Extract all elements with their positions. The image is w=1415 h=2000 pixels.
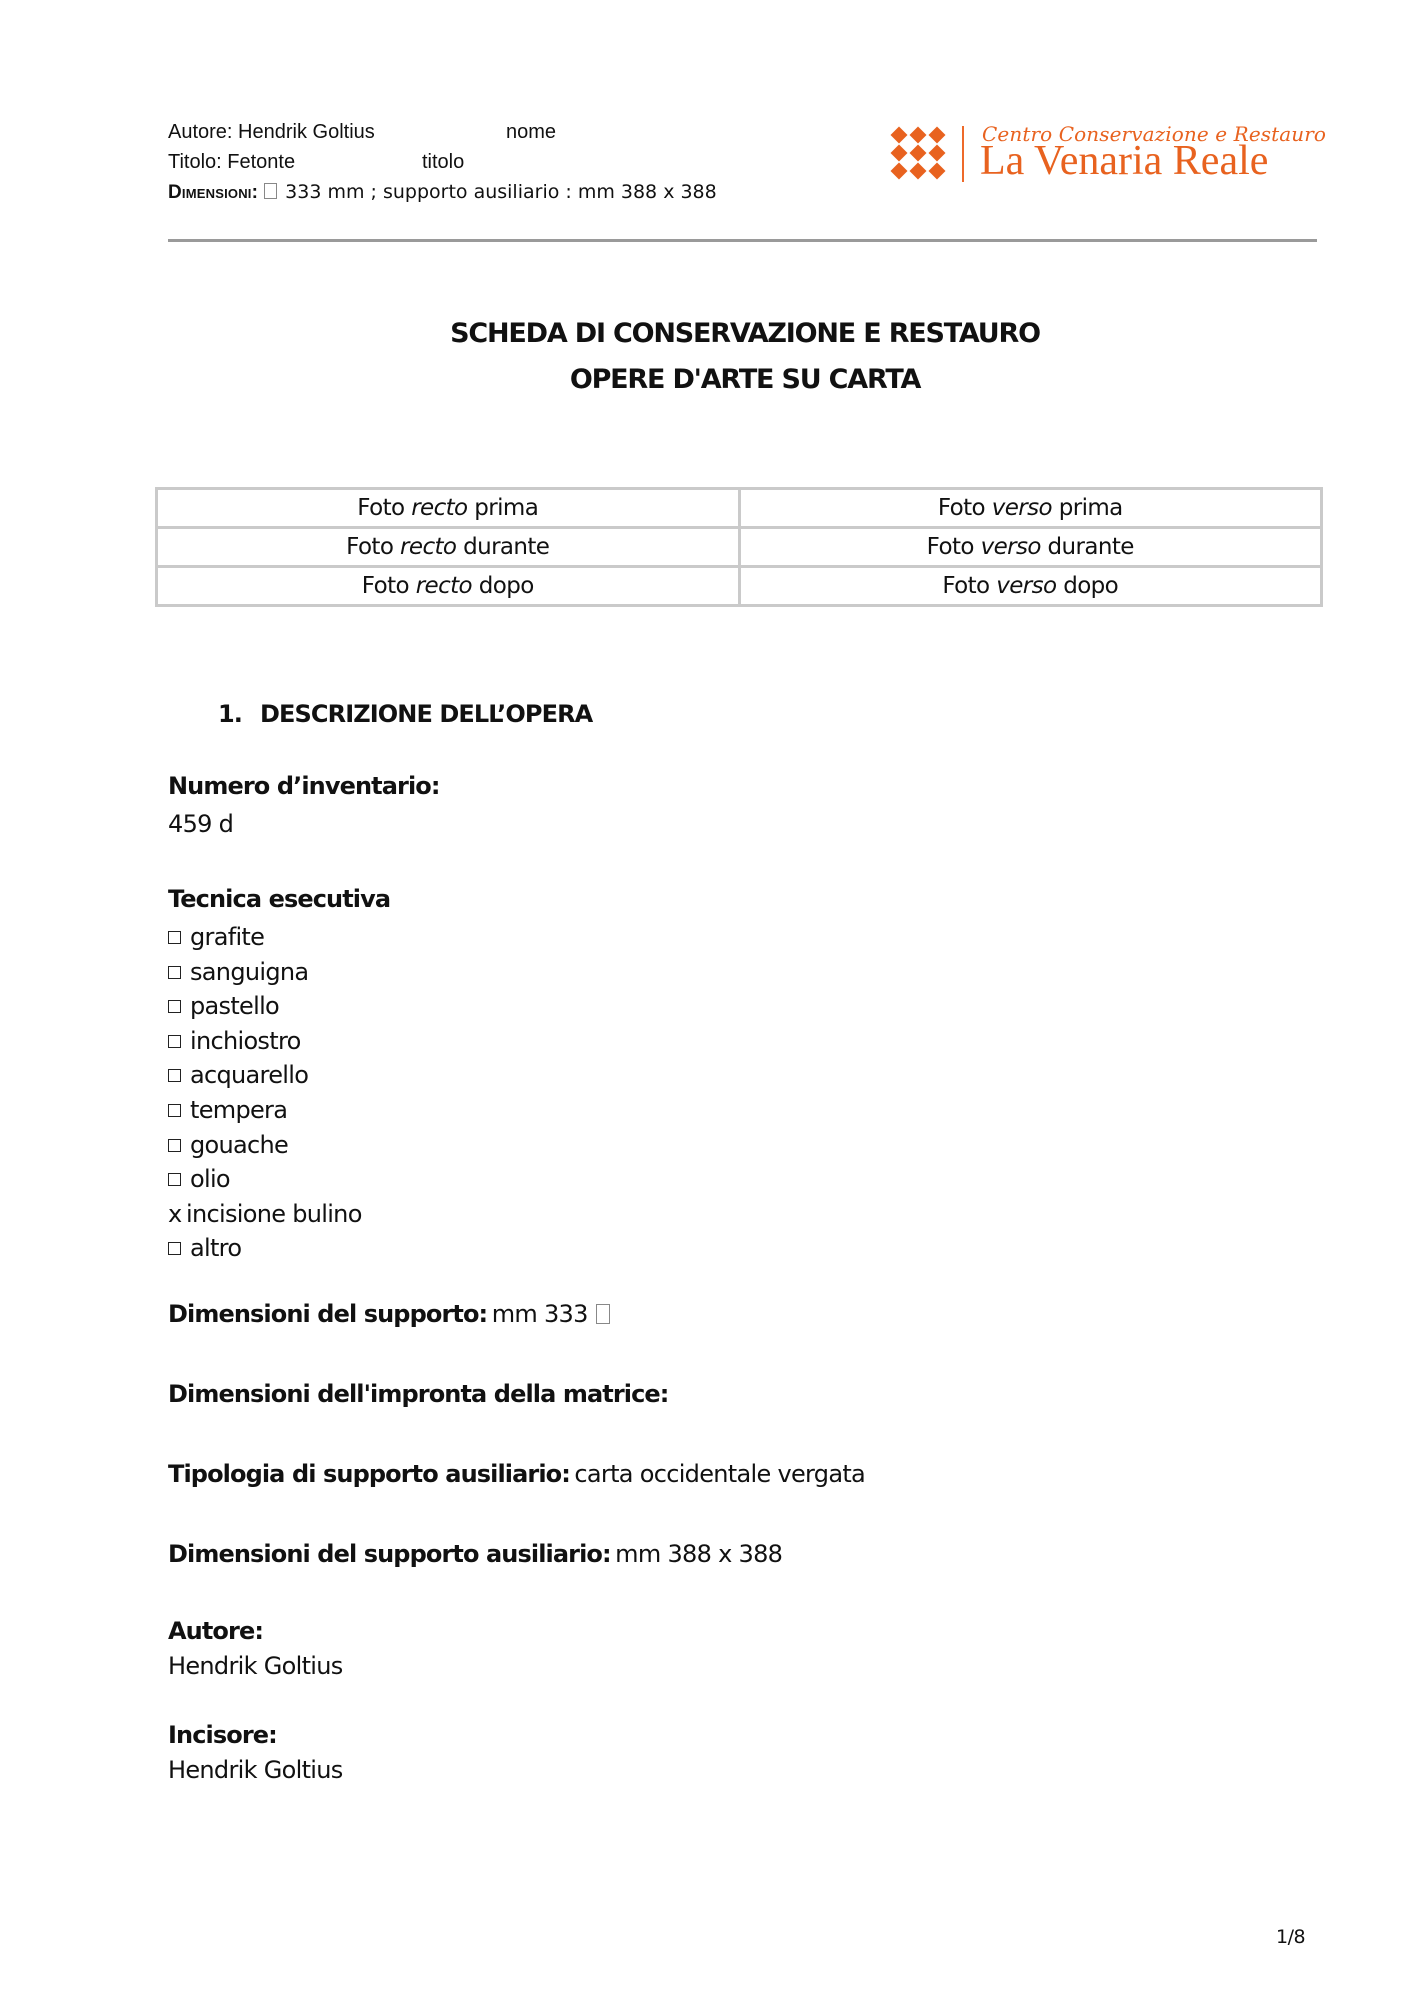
cell-text: prima	[1052, 495, 1123, 521]
technique-checklist: grafitesanguignapastelloinchiostroacquar…	[168, 920, 362, 1266]
cell-text: prima	[468, 495, 539, 521]
technique-label: altro	[190, 1234, 241, 1262]
header-author-tag: nome	[506, 121, 556, 144]
technique-label: olio	[190, 1165, 230, 1193]
cell-text: Foto	[938, 495, 992, 521]
technique-item: acquarello	[168, 1058, 362, 1093]
logo-name: La Venaria Reale	[980, 140, 1268, 182]
aux-support-type-label: Tipologia di supporto ausiliario:	[168, 1460, 570, 1488]
photo-verso-cell: Foto verso prima	[739, 489, 1322, 528]
aux-support-type-value: carta occidentale vergata	[574, 1460, 865, 1488]
missing-glyph-icon	[596, 1304, 610, 1324]
photo-recto-cell: Foto recto prima	[157, 489, 740, 528]
empty-checkbox-icon	[168, 955, 190, 990]
technique-label: sanguigna	[190, 958, 308, 986]
photo-table: Foto recto primaFoto verso primaFoto rec…	[155, 487, 1323, 607]
inventory-label: Numero d’inventario:	[168, 772, 440, 800]
diamond-grid-icon	[890, 126, 946, 180]
empty-checkbox-icon	[168, 1058, 190, 1093]
technique-label: inchiostro	[190, 1027, 301, 1055]
technique-label: grafite	[190, 923, 264, 951]
support-dimensions: Dimensioni del supporto: mm 333	[168, 1300, 610, 1328]
photo-recto-cell: Foto recto durante	[157, 528, 740, 567]
photo-table-row: Foto recto primaFoto verso prima	[157, 489, 1322, 528]
technique-label: gouache	[190, 1131, 288, 1159]
photo-verso-cell: Foto verso dopo	[739, 567, 1322, 606]
cell-emphasis: verso	[996, 573, 1056, 599]
photo-table-row: Foto recto duranteFoto verso durante	[157, 528, 1322, 567]
header-dimensions-label: Dimensioni:	[168, 182, 258, 203]
technique-item: sanguigna	[168, 955, 362, 990]
matrix-dimensions-label: Dimensioni dell'impronta della matrice:	[168, 1380, 669, 1408]
technique-item: xincisione bulino	[168, 1197, 362, 1232]
cell-text: dopo	[1057, 573, 1119, 599]
author-value: Hendrik Goltius	[168, 1652, 343, 1680]
venaria-logo: Centro Conservazione e Restauro La Venar…	[890, 122, 1318, 186]
section-title: DESCRIZIONE DELL’OPERA	[260, 700, 592, 728]
cell-text: Foto	[927, 534, 981, 560]
engraver-label: Incisore:	[168, 1721, 277, 1749]
cell-emphasis: verso	[992, 495, 1052, 521]
technique-label: pastello	[190, 992, 279, 1020]
header-author: Autore: Hendrik Goltius	[168, 121, 375, 144]
aux-support-dimensions-value: mm 388 x 388	[615, 1540, 782, 1568]
checked-x-icon: x	[168, 1197, 186, 1232]
technique-label: tempera	[190, 1096, 287, 1124]
empty-checkbox-icon	[168, 1093, 190, 1128]
technique-item: gouache	[168, 1128, 362, 1163]
technique-item: pastello	[168, 989, 362, 1024]
photo-recto-cell: Foto recto dopo	[157, 567, 740, 606]
cell-emphasis: recto	[416, 573, 472, 599]
photo-table-row: Foto recto dopoFoto verso dopo	[157, 567, 1322, 606]
support-dimensions-label: Dimensioni del supporto:	[168, 1300, 487, 1328]
header-title-tag: titolo	[422, 151, 464, 174]
page-number: 1/8	[1276, 1926, 1305, 1948]
header-rule	[168, 239, 1317, 242]
aux-support-dimensions: Dimensioni del supporto ausiliario: mm 3…	[168, 1540, 782, 1568]
technique-label: acquarello	[190, 1061, 308, 1089]
author-label: Autore:	[168, 1617, 263, 1645]
header-author-text: Autore: Hendrik Goltius	[168, 121, 375, 143]
technique-label: Tecnica esecutiva	[168, 885, 390, 913]
empty-checkbox-icon	[168, 989, 190, 1024]
empty-checkbox-icon	[168, 1231, 190, 1266]
missing-glyph-icon	[264, 183, 277, 199]
cell-emphasis: recto	[411, 495, 467, 521]
empty-checkbox-icon	[168, 1162, 190, 1197]
engraver-value: Hendrik Goltius	[168, 1756, 343, 1784]
logo-divider	[962, 126, 964, 182]
cell-text: Foto	[357, 495, 411, 521]
cell-text: Foto	[346, 534, 400, 560]
header-dimensions-value: 333 mm ; supporto ausiliario : mm 388 x …	[285, 181, 717, 203]
empty-checkbox-icon	[168, 1128, 190, 1163]
aux-support-dimensions-label: Dimensioni del supporto ausiliario:	[168, 1540, 611, 1568]
empty-checkbox-icon	[168, 920, 190, 955]
inventory-value: 459 d	[168, 810, 233, 838]
cell-emphasis: verso	[981, 534, 1041, 560]
cell-emphasis: recto	[400, 534, 456, 560]
support-dimensions-value: mm 333	[492, 1300, 588, 1328]
aux-support-type: Tipologia di supporto ausiliario: carta …	[168, 1460, 865, 1488]
section-number: 1.	[218, 700, 260, 728]
cell-text: Foto	[362, 573, 416, 599]
document-subtitle: OPERE D'ARTE SU CARTA	[0, 364, 1415, 395]
technique-label: incisione bulino	[186, 1200, 362, 1228]
header-dimensions: Dimensioni:333 mm ; supporto ausiliario …	[168, 181, 717, 204]
empty-checkbox-icon	[168, 1024, 190, 1059]
photo-verso-cell: Foto verso durante	[739, 528, 1322, 567]
cell-text: dopo	[472, 573, 534, 599]
technique-item: inchiostro	[168, 1024, 362, 1059]
header-title-text: Titolo: Fetonte	[168, 151, 295, 173]
section-heading: 1.DESCRIZIONE DELL’OPERA	[218, 700, 592, 728]
cell-text: Foto	[942, 573, 996, 599]
technique-item: altro	[168, 1231, 362, 1266]
technique-item: grafite	[168, 920, 362, 955]
cell-text: durante	[1041, 534, 1134, 560]
technique-item: tempera	[168, 1093, 362, 1128]
cell-text: durante	[456, 534, 549, 560]
header-title: Titolo: Fetonte	[168, 151, 295, 174]
document-title: SCHEDA DI CONSERVAZIONE E RESTAURO	[0, 318, 1415, 349]
technique-item: olio	[168, 1162, 362, 1197]
